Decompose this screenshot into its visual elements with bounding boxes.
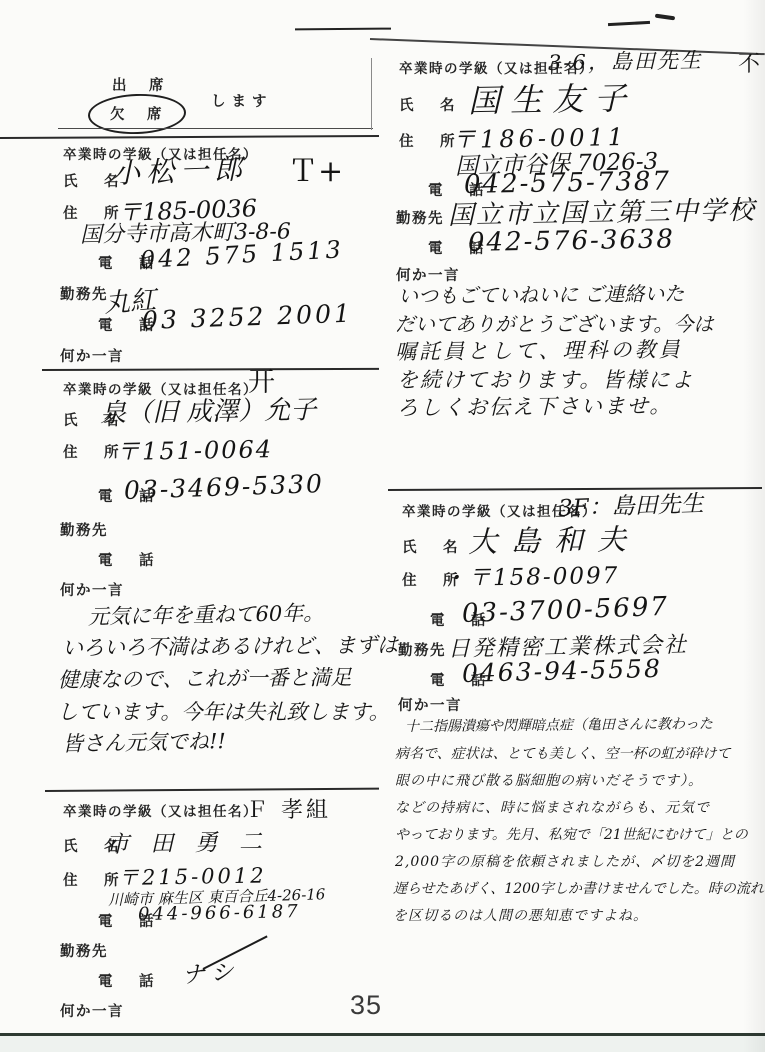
phone-value: 03-3700-5697 — [461, 592, 669, 629]
comment-line: 元気に年を重ねて60年。 — [88, 597, 325, 631]
comment-line: しています。今年は失礼致します。 — [57, 696, 390, 726]
page-number: 35 — [350, 990, 382, 1021]
work-phone-value: ナシ — [181, 953, 241, 990]
name-value: 国生友子 — [468, 73, 637, 122]
workplace-label: 勤務先 — [60, 940, 108, 961]
attendance-box-right-line — [371, 58, 372, 130]
name-label: 氏 名 — [402, 536, 464, 557]
comment-line: を区切るのは人間の悪知恵ですよね。 — [393, 905, 648, 925]
comment-line: などの持病に、時に悩まされながらも、元気で — [395, 797, 710, 817]
phone-value: 044-966-6187 — [138, 901, 301, 925]
absent-circle-mark — [87, 92, 186, 135]
scan-artifact — [295, 28, 391, 31]
work-phone-value: 0463-94-5558 — [462, 654, 663, 688]
postal-value: 〒151-0064 — [116, 429, 274, 467]
scan-bottom-area — [0, 1036, 765, 1052]
attendance-box-bottom-line — [58, 128, 373, 129]
comment-line: 皆さん元気でね!! — [62, 725, 226, 758]
workplace-label: 勤務先 — [396, 207, 444, 228]
section-divider — [0, 135, 379, 139]
comment-line: 十二指腸潰瘍や閃輝暗点症（亀田さんに教わった — [405, 713, 713, 736]
comment-line: 嘱託員として、理科の教員 — [395, 333, 683, 366]
workplace-label: 勤務先 — [398, 639, 446, 660]
scan-artifact — [608, 21, 650, 26]
work-phone-value: 03 3252 2001 — [141, 299, 353, 335]
workplace-label: 勤務先 — [60, 519, 108, 540]
section-divider — [42, 368, 379, 371]
name-value: 泉（旧 成澤）允子 — [100, 389, 317, 430]
name-label: 氏 名 — [399, 94, 461, 115]
workplace-label: 勤務先 — [60, 283, 108, 304]
class-value: 3-6，島田先生 — [548, 44, 703, 77]
attend-option: 出 席 — [112, 74, 168, 95]
comment-line: いろいろ不満はあるけれど、まずは — [62, 629, 398, 662]
comment-label: 何か一言 — [60, 345, 124, 366]
work-phone-value: 042-576-3638 — [468, 224, 675, 258]
class-mark: 不 — [738, 47, 760, 78]
scanned-reunion-form-page: 出 席 欠 席 します 卒業時の学級（又は担任名） 氏 名 小松一郎 Ｔ+ 住 … — [0, 0, 765, 1052]
address-label: 住 所 — [63, 869, 125, 890]
comment-label: 何か一言 — [398, 694, 462, 715]
comment-label: 何か一言 — [60, 1000, 124, 1021]
name-value: 大島和夫 — [468, 517, 641, 561]
name-value: 小松一郎 — [111, 147, 248, 192]
comment-line: ろしくお伝え下さいませ。 — [397, 390, 673, 422]
scan-artifact — [655, 14, 675, 21]
comment-line: 病名で、症状は、とても美しく、空一杯の虹が砕けて — [395, 743, 730, 763]
class-label: 卒業時の学級（又は担任名） — [63, 800, 258, 820]
phone-value: 03-3469-5330 — [123, 469, 324, 505]
name-mark: Ｔ+ — [288, 146, 343, 190]
comment-line: やっております。先月、私宛で「21世紀にむけて」との — [395, 824, 748, 844]
comment-line: いつもごていねいに ご連絡いた — [398, 278, 685, 309]
comment-line: 健康なので、これが一番と満足 — [58, 661, 352, 694]
attendance-suffix: します — [211, 90, 273, 111]
name-value: 市 田 勇 二 — [106, 823, 269, 859]
work-phone-label: 電 話 — [98, 549, 160, 570]
comment-line: 眼の中に飛び散る脳細胞の病いだそうです）。 — [395, 770, 703, 790]
postal-value: ・〒158-0097 — [443, 557, 620, 593]
class-value: Ｆ 孝組 — [246, 793, 331, 824]
comment-line: 遅らせたあげく、1200字しか書けませんでした。時の流れ — [393, 878, 764, 898]
section-divider — [45, 788, 379, 792]
work-phone-label: 電 話 — [98, 970, 160, 991]
comment-label: 何か一言 — [60, 579, 124, 600]
comment-line: 2,000字の原稿を依頼されましたが、〆切を2週間 — [395, 851, 735, 871]
